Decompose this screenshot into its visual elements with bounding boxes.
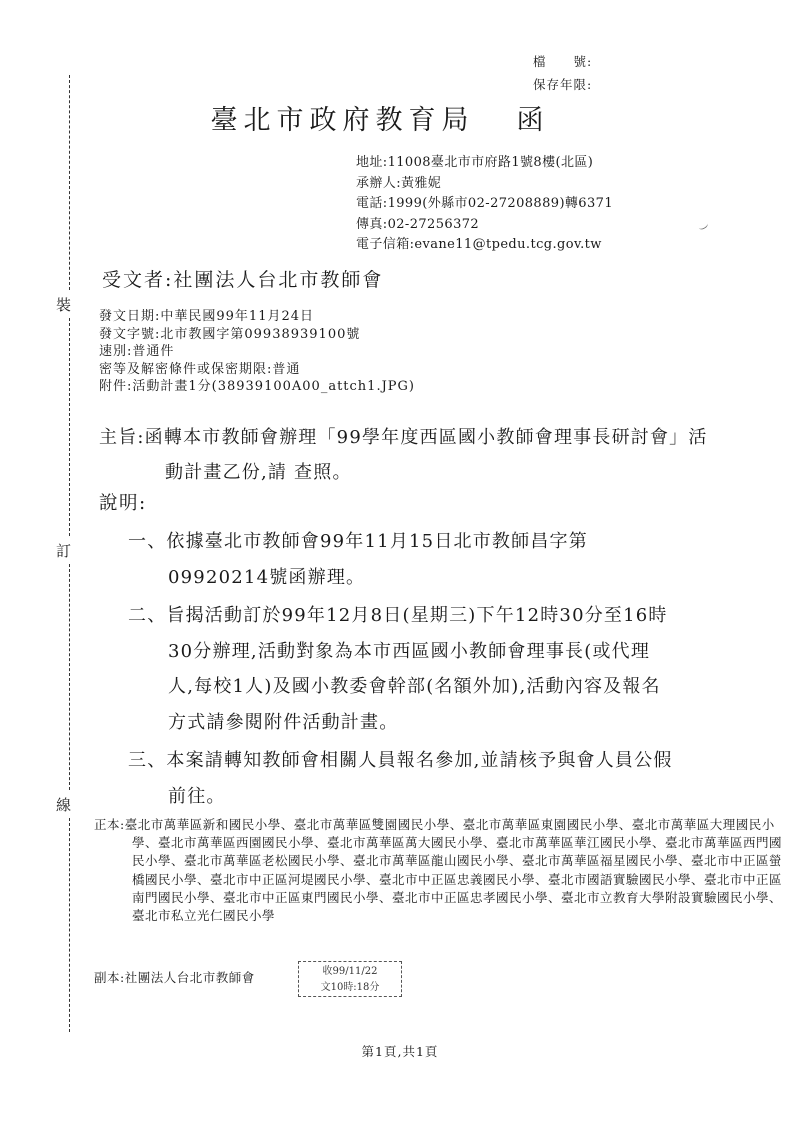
meta-block: 發文日期:中華民國99年11月24日 發文字號:北市教國字第0993893910… <box>99 308 415 396</box>
contact-email: 電子信箱:evane11@tpedu.tcg.gov.tw <box>356 235 746 256</box>
explanation-label: 說明: <box>99 489 147 515</box>
attachment-line: 附件:活動計畫1分(38939100A00_attch1.JPG) <box>99 378 415 396</box>
explanation-item-1: 一、依據臺北市教師會99年11月15日北市教師昌字第09920214號函辦理。 <box>128 524 676 595</box>
contact-address: 地址:11008臺北市市府路1號8樓(北區) <box>356 153 746 174</box>
issue-date: 發文日期:中華民國99年11月24日 <box>99 308 415 326</box>
retention-period-label: 保存年限: <box>533 73 592 96</box>
scanned-official-letter: 檔 號: 保存年限: 臺北市政府教育局函 地址:11008臺北市市府路1號8樓(… <box>0 0 800 1130</box>
subject-paragraph: 主旨:函轉本市教師會辦理「99學年度西區國小教師會理事長研討會」活動計畫乙份,請… <box>99 420 721 490</box>
agency-name: 臺北市政府教育局 <box>211 105 475 136</box>
explanation-items: 一、依據臺北市教師會99年11月15日北市教師昌字第09920214號函辦理。 … <box>128 524 676 817</box>
page-number-footer: 第1頁,共1頁 <box>0 1042 800 1060</box>
speed-class: 速別:普通件 <box>99 343 415 361</box>
archive-label-block: 檔 號: 保存年限: <box>533 50 592 96</box>
explanation-item-3: 三、本案請轉知教師會相關人員報名參加,並請核予與會人員公假前往。 <box>128 743 676 814</box>
item-1-number: 一、 <box>128 531 166 552</box>
file-number-label: 檔 號: <box>533 50 592 73</box>
original-recipients: 正本:臺北市萬華區新和國民小學、臺北市萬華區雙園國民小學、臺北市萬華區東園國民小… <box>94 816 782 925</box>
item-3-text: 本案請轉知教師會相關人員報名參加,並請核予與會人員公假前往。 <box>166 750 672 807</box>
binding-dash-line-3 <box>69 564 70 790</box>
receive-stamp: 收99/11/22 文10時:18分 <box>298 961 402 997</box>
doc-number: 發文字號:北市教國字第09938939100號 <box>99 326 415 344</box>
security-class: 密等及解密條件或保密期限:普通 <box>99 361 415 379</box>
copy-recipients: 副本:社團法人台北市教師會 <box>94 968 255 986</box>
document-title: 臺北市政府教育局函 <box>100 98 660 137</box>
binding-dash-line-1 <box>69 75 70 290</box>
contact-fax: 傳真:02-27256372 <box>356 215 746 236</box>
contact-person: 承辦人:黃雅妮 <box>356 174 746 195</box>
binding-mark-zhuang: 裝 <box>56 294 71 315</box>
contact-phone: 電話:1999(外縣市02-27208889)轉6371 <box>356 194 746 215</box>
receive-stamp-line1: 收99/11/22 <box>299 964 401 980</box>
receive-stamp-line2: 文10時:18分 <box>299 980 401 996</box>
item-3-number: 三、 <box>128 750 166 771</box>
contact-block: 地址:11008臺北市市府路1號8樓(北區) 承辦人:黃雅妮 電話:1999(外… <box>356 153 746 256</box>
doc-type: 函 <box>517 105 550 136</box>
item-2-number: 二、 <box>128 605 166 626</box>
binding-mark-xian: 線 <box>56 794 71 815</box>
recipient-line: 受文者:社團法人台北市教師會 <box>102 265 383 292</box>
binding-mark-ding: 訂 <box>56 540 71 561</box>
item-1-text: 依據臺北市教師會99年11月15日北市教師昌字第09920214號函辦理。 <box>166 531 588 588</box>
item-2-text: 旨揭活動訂於99年12月8日(星期三)下午12時30分至16時30分辦理,活動對… <box>166 605 667 733</box>
binding-dash-line-4 <box>69 818 70 1032</box>
binding-dash-line-2 <box>69 318 70 536</box>
explanation-item-2: 二、旨揭活動訂於99年12月8日(星期三)下午12時30分至16時30分辦理,活… <box>128 598 676 740</box>
